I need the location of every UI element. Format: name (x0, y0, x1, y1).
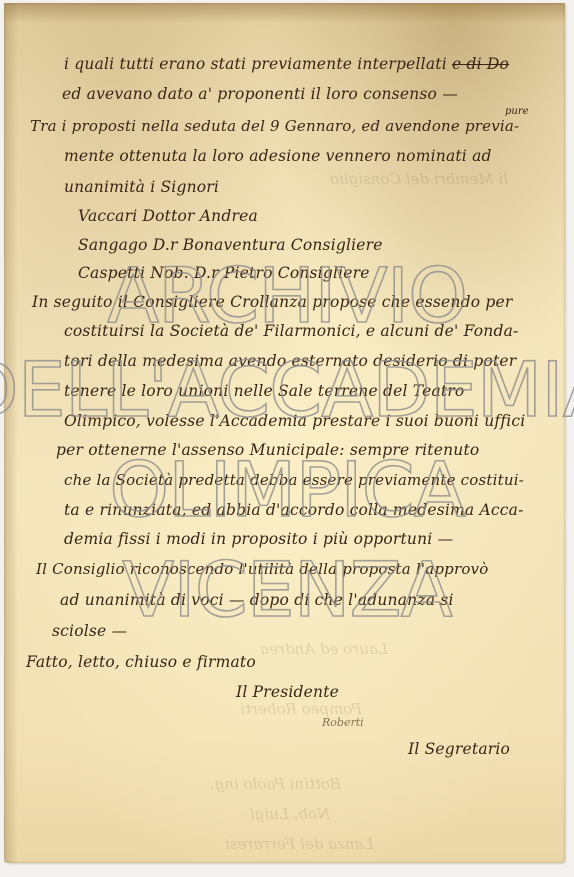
watermark-line: ARCHIVIO (0, 258, 574, 334)
watermark-line: OLIMPICA (0, 452, 574, 528)
bleed-through-text: Lauro ed Andrea (260, 640, 388, 658)
insertion-above-line: pure (505, 106, 529, 117)
manuscript-line: Vaccari Dottor Andrea (78, 207, 258, 225)
manuscript-line: Fatto, letto, chiuso e firmato (26, 653, 256, 671)
watermark-line: VICENZA (0, 552, 574, 628)
president-signature: Roberti (322, 716, 364, 729)
manuscript-line: i quali tutti erano stati previamente in… (64, 55, 509, 73)
watermark-line: DELL'ACCADEMIA (0, 352, 574, 428)
president-label: Il Presidente (236, 683, 339, 701)
line-text: i quali tutti erano stati previamente in… (64, 55, 447, 73)
bleed-through-text: Lanza del Ferraresi (225, 835, 374, 853)
secretary-label: Il Segretario (408, 740, 510, 758)
manuscript-line: unanimità i Signori (64, 178, 219, 196)
manuscript-line: Tra i proposti nella seduta del 9 Gennar… (30, 117, 519, 135)
bleed-through-text: Bottini Paolo ing. (210, 775, 341, 793)
manuscript-line: mente ottenuta la loro adesione vennero … (64, 147, 492, 165)
bleed-through-text: Nob. Luigi (250, 805, 330, 823)
manuscript-line: ed avevano dato a' proponenti il loro co… (62, 85, 458, 103)
struck-text: e di Do (452, 55, 509, 73)
bleed-through-text: li Membri del Consiglio (330, 170, 508, 188)
